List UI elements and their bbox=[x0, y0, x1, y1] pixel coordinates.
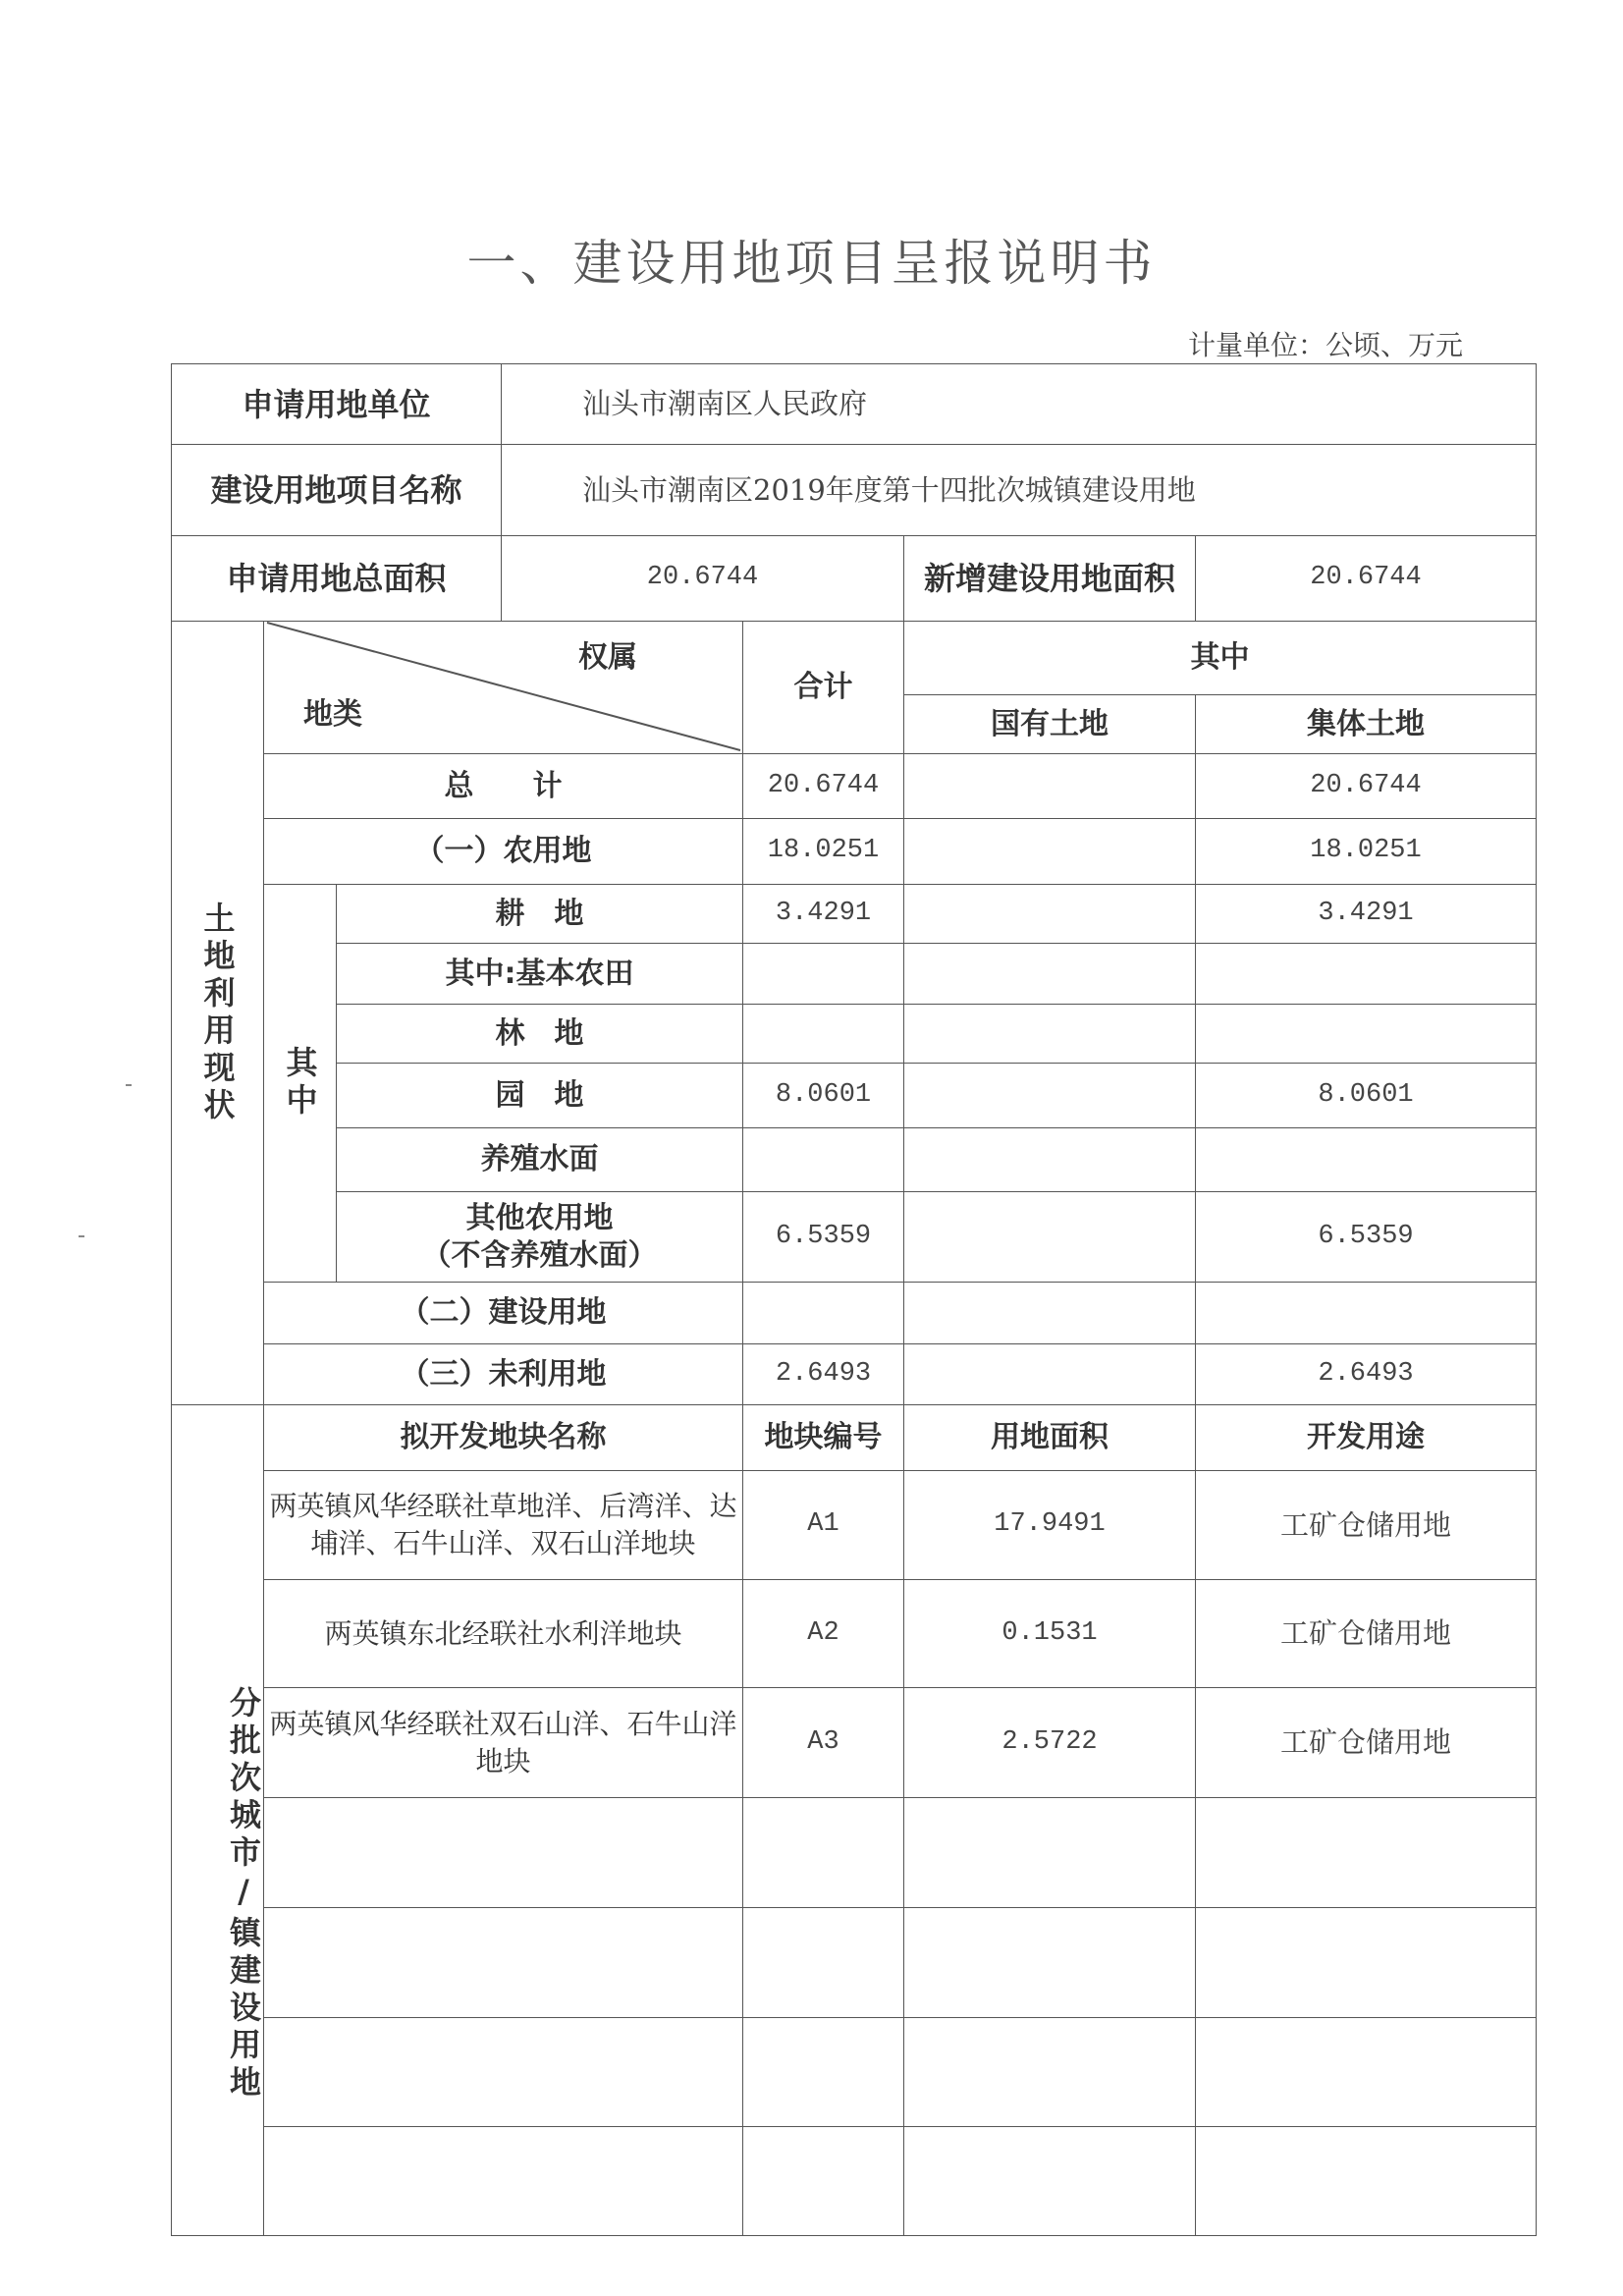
unused-total: 2.6493 bbox=[742, 1343, 904, 1405]
grand-total-collective: 20.6744 bbox=[1195, 753, 1537, 819]
row-label-cultivated: 耕 地 bbox=[336, 884, 743, 944]
header-diagonal-cell: 权属 地类 bbox=[263, 621, 743, 754]
plot-row-empty-2-area bbox=[903, 1907, 1196, 2018]
aquaculture-collective bbox=[1195, 1127, 1537, 1192]
row-label-basic-farmland: 其中:基本农田 bbox=[336, 943, 743, 1005]
other-agricultural-total: 6.5359 bbox=[742, 1191, 904, 1283]
of-which-header: 其中 bbox=[903, 621, 1537, 695]
cultivated-total: 3.4291 bbox=[742, 884, 904, 944]
forest-state bbox=[903, 1004, 1196, 1064]
plot-row-empty-4-code bbox=[742, 2126, 904, 2236]
new-area-value: 20.6744 bbox=[1195, 535, 1537, 622]
agricultural-collective: 18.0251 bbox=[1195, 818, 1537, 885]
other-agricultural-collective: 6.5359 bbox=[1195, 1191, 1537, 1283]
project-name-value: 汕头市潮南区2019年度第十四批次城镇建设用地 bbox=[501, 444, 1537, 536]
plot-row-a1-name: 两英镇风华经联社草地洋、后湾洋、达埔洋、石牛山洋、双石山洋地块 bbox=[263, 1470, 743, 1580]
plot-row-a3-use: 工矿仓储用地 bbox=[1195, 1687, 1537, 1798]
plot-row-empty-2-name bbox=[263, 1907, 743, 2018]
row-label-forest: 林 地 bbox=[336, 1004, 743, 1064]
plot-row-a3-code: A3 bbox=[742, 1687, 904, 1798]
cultivated-state bbox=[903, 884, 1196, 944]
plot-row-empty-1-code bbox=[742, 1797, 904, 1908]
total-header: 合计 bbox=[742, 621, 904, 754]
state-owned-header: 国有土地 bbox=[903, 694, 1196, 754]
unused-collective: 2.6493 bbox=[1195, 1343, 1537, 1405]
scan-speck bbox=[79, 1235, 84, 1237]
row-label-agricultural: （一）农用地 bbox=[263, 818, 743, 885]
plot-row-a3-name: 两英镇风华经联社双石山洋、石牛山洋地块 bbox=[263, 1687, 743, 1798]
unused-state bbox=[903, 1343, 1196, 1405]
new-area-label: 新增建设用地面积 bbox=[903, 535, 1196, 622]
plot-row-a2-name: 两英镇东北经联社水利洋地块 bbox=[263, 1579, 743, 1688]
plot-area-header: 用地面积 bbox=[903, 1404, 1196, 1471]
agricultural-total: 18.0251 bbox=[742, 818, 904, 885]
row-label-garden: 园 地 bbox=[336, 1063, 743, 1128]
plot-row-empty-4-name bbox=[263, 2126, 743, 2236]
other-agricultural-state bbox=[903, 1191, 1196, 1283]
other-agricultural-line1: 其他农用地 bbox=[466, 1200, 614, 1237]
plot-row-empty-2-code bbox=[742, 1907, 904, 2018]
applicant-label: 申请用地单位 bbox=[171, 363, 502, 445]
forest-total bbox=[742, 1004, 904, 1064]
applicant-value: 汕头市潮南区人民政府 bbox=[501, 363, 1537, 445]
plot-name-header: 拟开发地块名称 bbox=[263, 1404, 743, 1471]
agricultural-state bbox=[903, 818, 1196, 885]
plot-row-empty-3-name bbox=[263, 2017, 743, 2127]
plot-row-a2-area: 0.1531 bbox=[903, 1579, 1196, 1688]
grand-total-total: 20.6744 bbox=[742, 753, 904, 819]
plot-row-a2-use: 工矿仓储用地 bbox=[1195, 1579, 1537, 1688]
garden-state bbox=[903, 1063, 1196, 1128]
basic-farmland-collective bbox=[1195, 943, 1537, 1005]
cultivated-collective: 3.4291 bbox=[1195, 884, 1537, 944]
aquaculture-total bbox=[742, 1127, 904, 1192]
land-use-section-label: 土地利用现状 bbox=[171, 621, 264, 1405]
plot-row-empty-1-name bbox=[263, 1797, 743, 1908]
plot-row-empty-3-code bbox=[742, 2017, 904, 2127]
basic-farmland-state bbox=[903, 943, 1196, 1005]
land-type-header: 地类 bbox=[303, 696, 362, 734]
plot-row-empty-1-area bbox=[903, 1797, 1196, 1908]
project-name-label: 建设用地项目名称 bbox=[171, 444, 502, 536]
garden-total: 8.0601 bbox=[742, 1063, 904, 1128]
plot-row-a1-code: A1 bbox=[742, 1470, 904, 1580]
plot-row-empty-4-area bbox=[903, 2126, 1196, 2236]
plot-row-empty-3-use bbox=[1195, 2017, 1537, 2127]
total-area-label: 申请用地总面积 bbox=[171, 535, 502, 622]
row-label-unused: （三）未利用地 bbox=[263, 1343, 743, 1405]
forest-collective bbox=[1195, 1004, 1537, 1064]
other-agricultural-line2: （不含养殖水面） bbox=[422, 1237, 658, 1275]
plot-code-header: 地块编号 bbox=[742, 1404, 904, 1471]
plot-row-a2-code: A2 bbox=[742, 1579, 904, 1688]
scan-speck bbox=[126, 1084, 132, 1086]
of-which-side-label: 其中 bbox=[263, 884, 337, 1283]
plot-row-empty-3-area bbox=[903, 2017, 1196, 2127]
construction-collective bbox=[1195, 1282, 1537, 1344]
plot-row-empty-1-use bbox=[1195, 1797, 1537, 1908]
row-label-aquaculture: 养殖水面 bbox=[336, 1127, 743, 1192]
plots-section-label: 分批次城市/镇建设用地 bbox=[171, 1404, 264, 2236]
unit-label: 计量单位：公顷、万元 bbox=[1188, 324, 1463, 363]
row-label-construction: （二）建设用地 bbox=[263, 1282, 743, 1344]
plot-row-a1-area: 17.9491 bbox=[903, 1470, 1196, 1580]
plot-use-header: 开发用途 bbox=[1195, 1404, 1537, 1471]
construction-total bbox=[742, 1282, 904, 1344]
grand-total-state bbox=[903, 753, 1196, 819]
construction-state bbox=[903, 1282, 1196, 1344]
aquaculture-state bbox=[903, 1127, 1196, 1192]
plot-row-a1-use: 工矿仓储用地 bbox=[1195, 1470, 1537, 1580]
row-label-grand-total: 总 计 bbox=[263, 753, 743, 819]
garden-collective: 8.0601 bbox=[1195, 1063, 1537, 1128]
basic-farmland-total bbox=[742, 943, 904, 1005]
plot-row-empty-4-use bbox=[1195, 2126, 1537, 2236]
plot-row-a3-area: 2.5722 bbox=[903, 1687, 1196, 1798]
collective-header: 集体土地 bbox=[1195, 694, 1537, 754]
row-label-other-agricultural: 其他农用地 （不含养殖水面） bbox=[336, 1191, 743, 1283]
ownership-header: 权属 bbox=[578, 639, 637, 677]
plot-row-empty-2-use bbox=[1195, 1907, 1537, 2018]
total-area-value: 20.6744 bbox=[501, 535, 904, 622]
document-title: 一、建设用地项目呈报说明书 bbox=[0, 224, 1623, 295]
